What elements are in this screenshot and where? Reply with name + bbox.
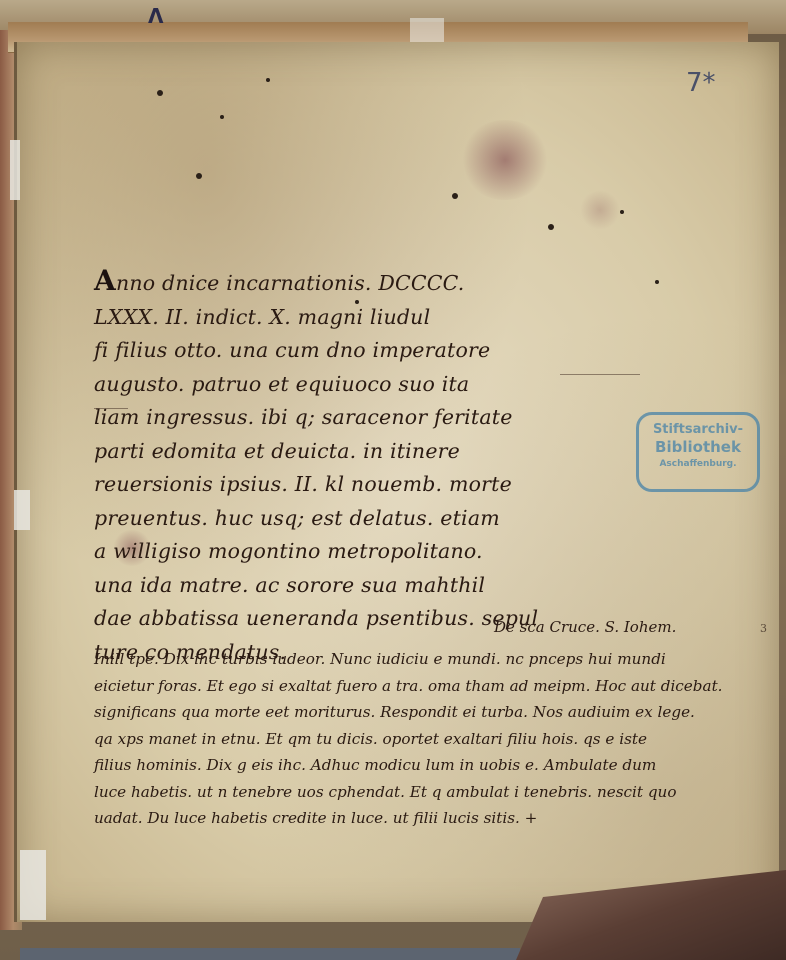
- gospel-line: luce habetis. ut n tenebre uos cphendat.…: [94, 779, 714, 806]
- folio-corner-mark: 7*: [686, 68, 716, 98]
- gospel-rubric: De sca Cruce. S. Iohem.: [494, 618, 676, 636]
- annal-line: preuentus. huc usq; est delatus. etiam: [94, 502, 654, 536]
- ink-stain: [580, 190, 620, 230]
- gospel-line: Inill tpe. Dix ihc turbis iudeor. Nunc i…: [94, 646, 714, 673]
- initial-letter: A: [94, 264, 116, 297]
- wormhole: [452, 193, 458, 199]
- stamp-line: Bibliothek: [639, 438, 757, 457]
- gospel-line: qa xps manet in etnu. Et qm tu dicis. op…: [94, 726, 714, 753]
- stamp-line: Aschaffenburg.: [639, 457, 757, 471]
- gospel-line: uadat. Du luce habetis credite in luce. …: [94, 805, 714, 832]
- paper-tab: [10, 140, 20, 200]
- annal-line: LXXX. II. indict. X. magni liudul: [94, 301, 654, 335]
- library-stamp: Stiftsarchiv- Bibliothek Aschaffenburg.: [636, 412, 760, 492]
- wormhole: [266, 78, 270, 82]
- paper-tab: [14, 490, 30, 530]
- wormhole: [548, 224, 554, 230]
- paper-tab: [20, 850, 46, 920]
- annal-line: augusto. patruo et equiuoco suo ita: [94, 368, 654, 402]
- annal-entry: Anno dnice incarnationis. DCCCC. LXXX. I…: [94, 264, 654, 669]
- wormhole: [220, 115, 224, 119]
- annal-line: fi filius otto. una cum dno imperatore: [94, 334, 654, 368]
- annal-line: liam ingressus. ibi q; saracenor feritat…: [94, 401, 654, 435]
- annal-line: a willigiso mogontino metropolitano.: [94, 535, 654, 569]
- margin-number: 3: [760, 622, 767, 635]
- background-gap: [20, 948, 520, 960]
- annal-line: Anno dnice incarnationis. DCCCC.: [94, 264, 654, 301]
- gospel-line: filius hominis. Dix g eis ihc. Adhuc mod…: [94, 752, 714, 779]
- annal-line: reuersionis ipsius. II. kl nouemb. morte: [94, 468, 654, 502]
- annal-line: una ida matre. ac sorore sua mahthil: [94, 569, 654, 603]
- wormhole: [157, 90, 163, 96]
- ink-stain: [460, 120, 550, 200]
- wormhole: [620, 210, 624, 214]
- wormhole: [196, 173, 202, 179]
- shelf-mark: Λ: [148, 4, 163, 28]
- annal-line: parti edomita et deuicta. in itinere: [94, 435, 654, 469]
- gospel-text: Inill tpe. Dix ihc turbis iudeor. Nunc i…: [94, 646, 714, 832]
- gospel-line: eicietur foras. Et ego si exaltat fuero …: [94, 673, 714, 700]
- paper-tab: [410, 18, 444, 42]
- wormhole: [655, 280, 659, 284]
- stamp-line: Stiftsarchiv-: [639, 421, 757, 438]
- gospel-line: significans qua morte eet moriturus. Res…: [94, 699, 714, 726]
